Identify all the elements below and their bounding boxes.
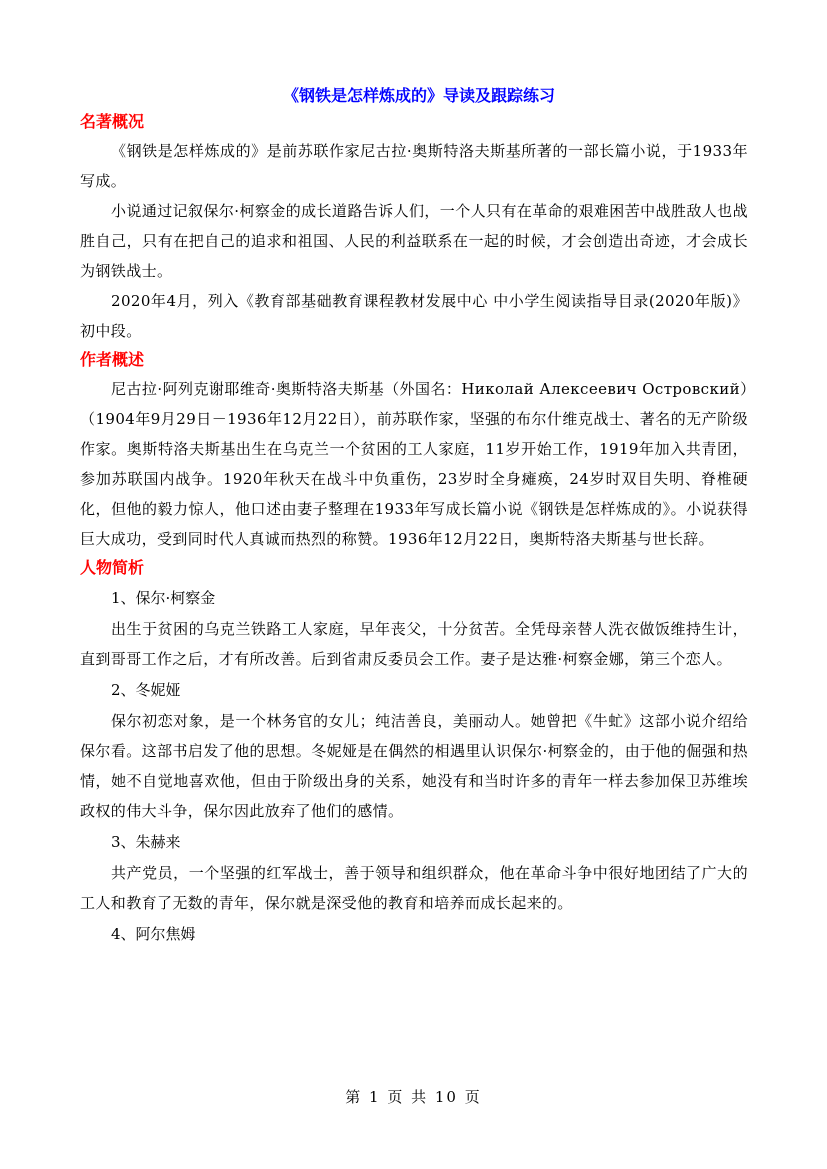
paragraph: 《钢铁是怎样炼成的》是前苏联作家尼古拉·奥斯特洛夫斯基所著的一部长篇小说，于19…	[80, 136, 748, 196]
section-heading-characters: 人物简析	[80, 554, 748, 582]
paragraph: 尼古拉·阿列克谢耶维奇·奥斯特洛夫斯基（外国名：Николай Алексеев…	[80, 374, 748, 554]
paragraph: 小说通过记叙保尔·柯察金的成长道路告诉人们，一个人只有在革命的艰难困苦中战胜敌人…	[80, 196, 748, 286]
page-footer: 第 1 页 共 10 页	[0, 1085, 827, 1109]
document-page: 《钢铁是怎样炼成的》导读及跟踪练习 名著概况 《钢铁是怎样炼成的》是前苏联作家尼…	[0, 0, 827, 1169]
character-label: 2、冬妮娅	[80, 674, 748, 706]
section-heading-overview: 名著概况	[80, 108, 748, 136]
character-description: 保尔初恋对象，是一个林务官的女儿；纯洁善良，美丽动人。她曾把《牛虻》这部小说介绍…	[80, 706, 748, 826]
document-title: 《钢铁是怎样炼成的》导读及跟踪练习	[80, 84, 748, 108]
character-label: 3、朱赫来	[80, 826, 748, 858]
character-label: 1、保尔·柯察金	[80, 582, 748, 614]
section-heading-author: 作者概述	[80, 346, 748, 374]
character-label: 4、阿尔焦姆	[80, 918, 748, 950]
character-description: 出生于贫困的乌克兰铁路工人家庭，早年丧父，十分贫苦。全凭母亲替人洗衣做饭维持生计…	[80, 614, 748, 674]
character-description: 共产党员，一个坚强的红军战士，善于领导和组织群众，他在革命斗争中很好地团结了广大…	[80, 858, 748, 918]
page-content: 《钢铁是怎样炼成的》导读及跟踪练习 名著概况 《钢铁是怎样炼成的》是前苏联作家尼…	[80, 84, 748, 950]
paragraph: 2020年4月，列入《教育部基础教育课程教材发展中心 中小学生阅读指导目录(20…	[80, 286, 748, 346]
